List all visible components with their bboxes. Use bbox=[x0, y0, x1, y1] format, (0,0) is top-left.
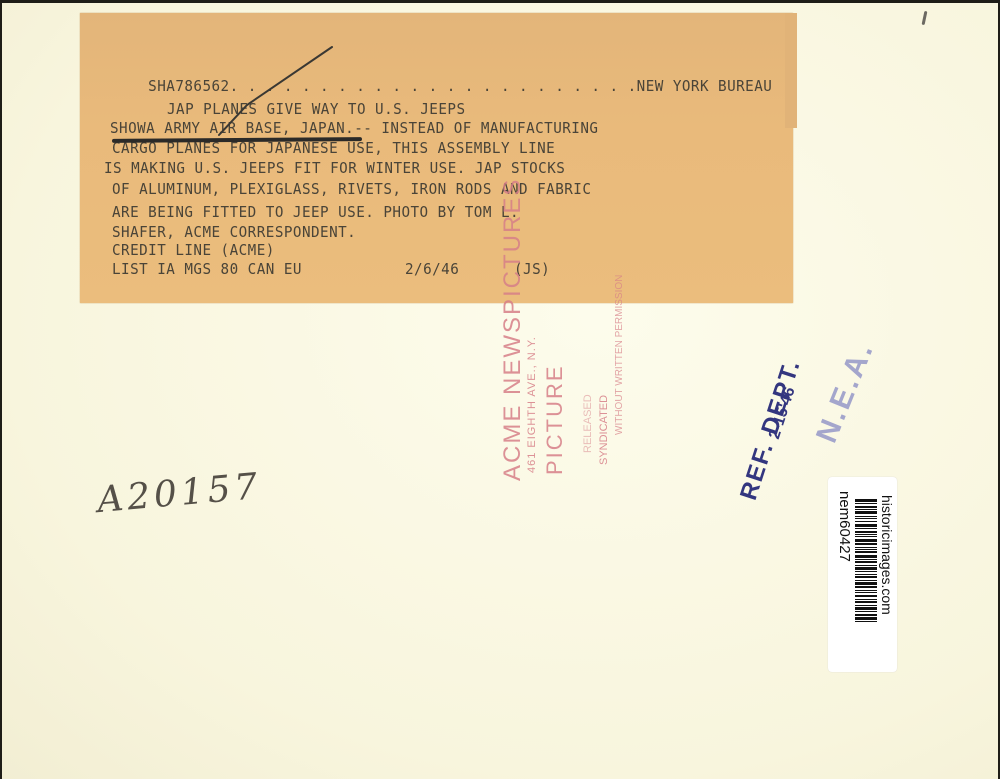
nea-stamp: N.E.A. bbox=[810, 336, 881, 447]
caption-line-3: IS MAKING U.S. JEEPS FIT FOR WINTER USE.… bbox=[104, 161, 565, 177]
barcode-icon bbox=[855, 499, 877, 624]
photo-back-paper: SHA786562. . . . . . . . . . . . . . . .… bbox=[2, 3, 998, 779]
acme-stamp-line-5: SYNDICATED bbox=[598, 395, 610, 465]
handwritten-archive-number: A20157 bbox=[96, 466, 263, 521]
barcode-sticker: historicimages.com nem60427 bbox=[828, 477, 897, 672]
caption-line-2: CARGO PLANES FOR JAPANESE USE, THIS ASSE… bbox=[112, 141, 555, 157]
acme-stamp-line-1: ACME NEWSPICTURES bbox=[499, 178, 527, 481]
barcode-site: historicimages.com bbox=[879, 495, 895, 615]
acme-stamp-line-2: 461 EIGHTH AVE., N.Y. bbox=[526, 336, 538, 473]
bureau-name: NEW YORK BUREAU bbox=[637, 77, 773, 95]
caption-date: 2/6/46 bbox=[405, 262, 459, 278]
pencil-corner-mark bbox=[922, 11, 928, 25]
list-line: LIST IA MGS 80 CAN EU bbox=[112, 262, 302, 278]
caption-label-edge bbox=[785, 13, 797, 128]
acme-stamp-line-6: WITHOUT WRITTEN PERMISSION bbox=[614, 275, 625, 435]
acme-stamp-line-3: PICTURE bbox=[542, 364, 568, 475]
credit-line: CREDIT LINE (ACME) bbox=[112, 243, 275, 259]
barcode-item-id: nem60427 bbox=[836, 491, 853, 562]
acme-stamp-line-4: RELEASED bbox=[582, 394, 594, 453]
caption-line-1: SHOWA ARMY AIR BASE, JAPAN.-- INSTEAD OF… bbox=[110, 121, 598, 137]
caption-line-6: SHAFER, ACME CORRESPONDENT. bbox=[112, 225, 356, 241]
pen-check-mark bbox=[217, 45, 337, 140]
caption-line-5: ARE BEING FITTED TO JEEP USE. PHOTO BY T… bbox=[112, 205, 519, 221]
